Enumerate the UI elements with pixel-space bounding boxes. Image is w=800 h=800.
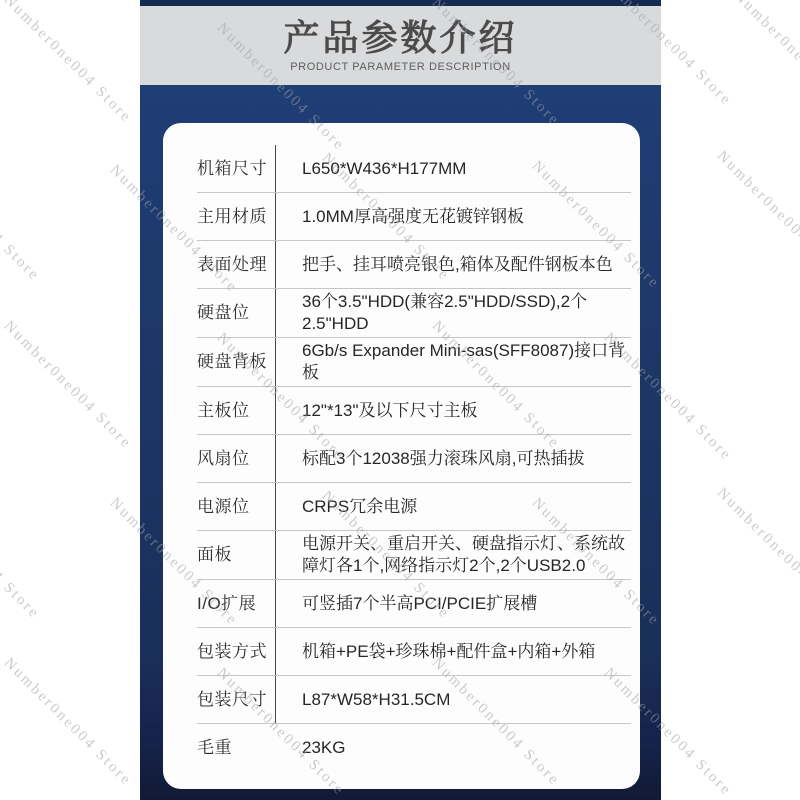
page-title: 产品参数介绍 xyxy=(283,18,517,58)
spec-table: 机箱尺寸L650*W436*H177MM主用材质1.0MM厚高强度无花镀锌钢板表… xyxy=(163,145,640,771)
spec-value: L650*W436*H177MM xyxy=(276,145,631,192)
table-row: 主板位12"*13"及以下尺寸主板 xyxy=(197,387,631,435)
spec-value: 12"*13"及以下尺寸主板 xyxy=(276,387,631,434)
table-row: 包装方式机箱+PE袋+珍珠棉+配件盒+内箱+外箱 xyxy=(197,628,631,676)
store-watermark-text: Number0ne004 Store xyxy=(713,485,800,620)
table-row: 面板电源开关、重启开关、硬盘指示灯、系统故障灯各1个,网络指示灯2个,2个USB… xyxy=(197,531,631,580)
spec-label: I/O扩展 xyxy=(197,580,276,627)
spec-label: 主板位 xyxy=(197,387,276,434)
table-row: 电源位CRPS冗余电源 xyxy=(197,483,631,531)
spec-label: 硬盘位 xyxy=(197,289,276,337)
table-row: I/O扩展可竖插7个半高PCI/PCIE扩展槽 xyxy=(197,580,631,628)
spec-label: 主用材质 xyxy=(197,193,276,240)
spec-value: 机箱+PE袋+珍珠棉+配件盒+内箱+外箱 xyxy=(276,628,631,675)
store-watermark-text: Number0ne004 Store xyxy=(0,0,135,127)
spec-value: 可竖插7个半高PCI/PCIE扩展槽 xyxy=(276,580,631,627)
spec-value: 标配3个12038强力滚珠风扇,可热插拔 xyxy=(276,435,631,482)
page-subtitle: PRODUCT PARAMETER DESCRIPTION xyxy=(290,61,511,73)
spec-label: 风扇位 xyxy=(197,435,276,482)
table-row: 硬盘位36个3.5"HDD(兼容2.5"HDD/SSD),2个2.5"HDD xyxy=(197,289,631,338)
product-image-column: 产品参数介绍 PRODUCT PARAMETER DESCRIPTION 机箱尺… xyxy=(140,0,661,800)
store-watermark-text: Number0ne004 Store xyxy=(0,655,135,790)
spec-value: 36个3.5"HDD(兼容2.5"HDD/SSD),2个2.5"HDD xyxy=(276,289,631,337)
spec-value: L87*W58*H31.5CM xyxy=(276,676,631,723)
spec-card: 机箱尺寸L650*W436*H177MM主用材质1.0MM厚高强度无花镀锌钢板表… xyxy=(163,123,640,789)
table-row: 包装尺寸L87*W58*H31.5CM xyxy=(197,676,631,724)
spec-value: 6Gb/s Expander Mini-sas(SFF8087)接口背板 xyxy=(276,338,631,386)
table-row: 硬盘背板6Gb/s Expander Mini-sas(SFF8087)接口背板 xyxy=(197,338,631,387)
store-watermark-text: Number0ne004 Store xyxy=(730,0,800,123)
header-band: 产品参数介绍 PRODUCT PARAMETER DESCRIPTION xyxy=(140,6,661,85)
spec-value: 1.0MM厚高强度无花镀锌钢板 xyxy=(276,193,631,240)
spec-value: 电源开关、重启开关、硬盘指示灯、系统故障灯各1个,网络指示灯2个,2个USB2.… xyxy=(276,531,631,579)
table-row: 主用材质1.0MM厚高强度无花镀锌钢板 xyxy=(197,193,631,241)
store-watermark-text: Number0ne004 Store xyxy=(0,150,43,285)
spec-value: CRPS冗余电源 xyxy=(276,483,631,530)
store-watermark-text: Number0ne004 Store xyxy=(713,148,800,283)
store-watermark-text: Number0ne004 Store xyxy=(0,488,43,623)
store-watermark-text: Number0ne004 Store xyxy=(0,318,135,453)
spec-label: 表面处理 xyxy=(197,241,276,288)
spec-label: 硬盘背板 xyxy=(197,338,276,386)
table-row: 表面处理把手、挂耳喷亮银色,箱体及配件钢板本色 xyxy=(197,241,631,289)
spec-value: 23KG xyxy=(276,724,631,771)
spec-label: 毛重 xyxy=(197,724,276,771)
table-row: 毛重23KG xyxy=(197,724,631,771)
spec-label: 包装尺寸 xyxy=(197,676,276,723)
spec-label: 面板 xyxy=(197,531,276,579)
table-row: 风扇位标配3个12038强力滚珠风扇,可热插拔 xyxy=(197,435,631,483)
spec-value: 把手、挂耳喷亮银色,箱体及配件钢板本色 xyxy=(276,241,631,288)
spec-label: 电源位 xyxy=(197,483,276,530)
table-row: 机箱尺寸L650*W436*H177MM xyxy=(197,145,631,193)
spec-label: 机箱尺寸 xyxy=(197,145,276,192)
spec-label: 包装方式 xyxy=(197,628,276,675)
